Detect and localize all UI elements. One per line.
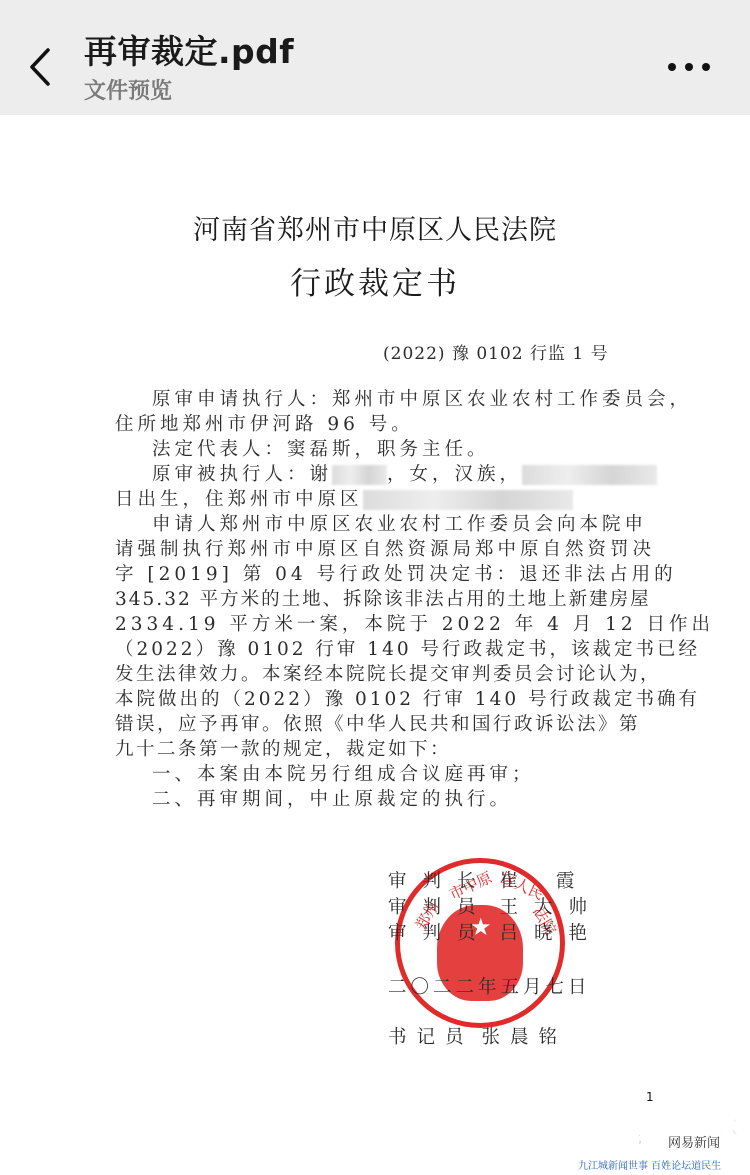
dot [702, 63, 710, 71]
respondent-address: 日出生，住郑州市中原区 [115, 489, 363, 510]
signature-name: 吕晓艳 [500, 923, 604, 944]
signature-row: 审判长崔 霞 [388, 867, 590, 893]
body-line: 日出生，住郑州市中原区 [115, 485, 573, 511]
dot [685, 63, 693, 71]
respondent-info: ，女，汉族， [387, 464, 522, 485]
document-type: 行政裁定书 [0, 258, 750, 303]
signature-row: 审判员王大帅 [388, 893, 603, 919]
court-name: 河南省郑州市中原区人民法院 [0, 208, 750, 247]
body-line: 住所地郑州市伊河路 96 号。 [115, 410, 414, 436]
ruling-item: 二、再审期间，中止原裁定的执行。 [152, 785, 512, 811]
body-line: 2334.19 平方米一案，本院于 2022 年 4 月 12 日作出 [115, 610, 714, 636]
more-horizontal-icon [668, 63, 676, 71]
file-title: 再审裁定.pdf [84, 26, 294, 73]
clerk-role: 书记员 [388, 1027, 474, 1048]
case-number: (2022) 豫 0102 行监 1 号 [383, 339, 609, 364]
logo-tagline: 九江城新闻世事 百姓论坛道民生 [578, 1157, 721, 1172]
clerk-name: 张晨铭 [482, 1027, 568, 1048]
redacted-name [332, 465, 387, 485]
body-line: 九十二条第一款的规定，裁定如下： [115, 735, 451, 761]
ruling-item: 一、本案由本院另行组成合议庭再审； [152, 760, 535, 786]
body-line: 字 [2019] 第 04 号行政处罚决定书：退还非法占用的 [115, 560, 677, 586]
more-options-button[interactable] [668, 52, 728, 82]
body-line: 本院做出的（2022）豫 0102 行审 140 号行政裁定书确有 [115, 685, 700, 711]
clerk-row: 书记员张晨铭 [388, 1023, 567, 1049]
body-line: 请强制执行郑州市中原区自然资源局郑中原自然资罚决 [115, 535, 655, 561]
signature-role: 审判员 [388, 923, 492, 944]
redacted-birthdate [522, 465, 657, 485]
chevron-left-icon [26, 42, 66, 92]
body-line: 原审申请执行人：郑州市中原区农业农村工作委员会， [152, 385, 692, 411]
app-header: 再审裁定.pdf 文件预览 [0, 0, 750, 115]
ruling-date: 二〇二二年五月七日 [388, 973, 591, 999]
redacted-address [363, 490, 573, 510]
back-button[interactable] [26, 42, 66, 92]
body-line: 申请人郑州市中原区农业农村工作委员会向本院申 [152, 510, 647, 536]
signature-name: 王大帅 [500, 897, 604, 918]
body-line: （2022）豫 0102 行审 140 号行政裁定书，该裁定书已经 [115, 635, 700, 661]
logo-sub: 网易新闻 [668, 1132, 720, 1151]
body-line: 345.32 平方米的土地、拆除该非法占用的土地上新建房屋 [115, 585, 651, 611]
pdf-page[interactable]: 河南省郑州市中原区人民法院 行政裁定书 (2022) 豫 0102 行监 1 号… [0, 115, 750, 1175]
body-line: 法定代表人：窦磊斯，职务主任。 [152, 435, 490, 461]
signature-role: 审判员 [388, 897, 492, 918]
signature-name: 崔 霞 [500, 871, 591, 892]
body-line: 发生法律效力。本案经本院院长提交审判委员会讨论认为， [115, 660, 661, 686]
signature-row: 审判员吕晓艳 [388, 919, 603, 945]
body-line: 原审被执行人：谢，女，汉族， [152, 460, 657, 486]
signature-role: 审判长 [388, 871, 492, 892]
watermark-logo: 1 九江社区 网易新闻 九江城新闻世事 百姓论坛道民生 [578, 1102, 750, 1175]
body-line: 错误，应予再审。依照《中华人民共和国行政诉讼法》第 [115, 710, 640, 736]
file-subtitle: 文件预览 [84, 74, 172, 105]
respondent-prefix: 原审被执行人：谢 [152, 464, 332, 485]
